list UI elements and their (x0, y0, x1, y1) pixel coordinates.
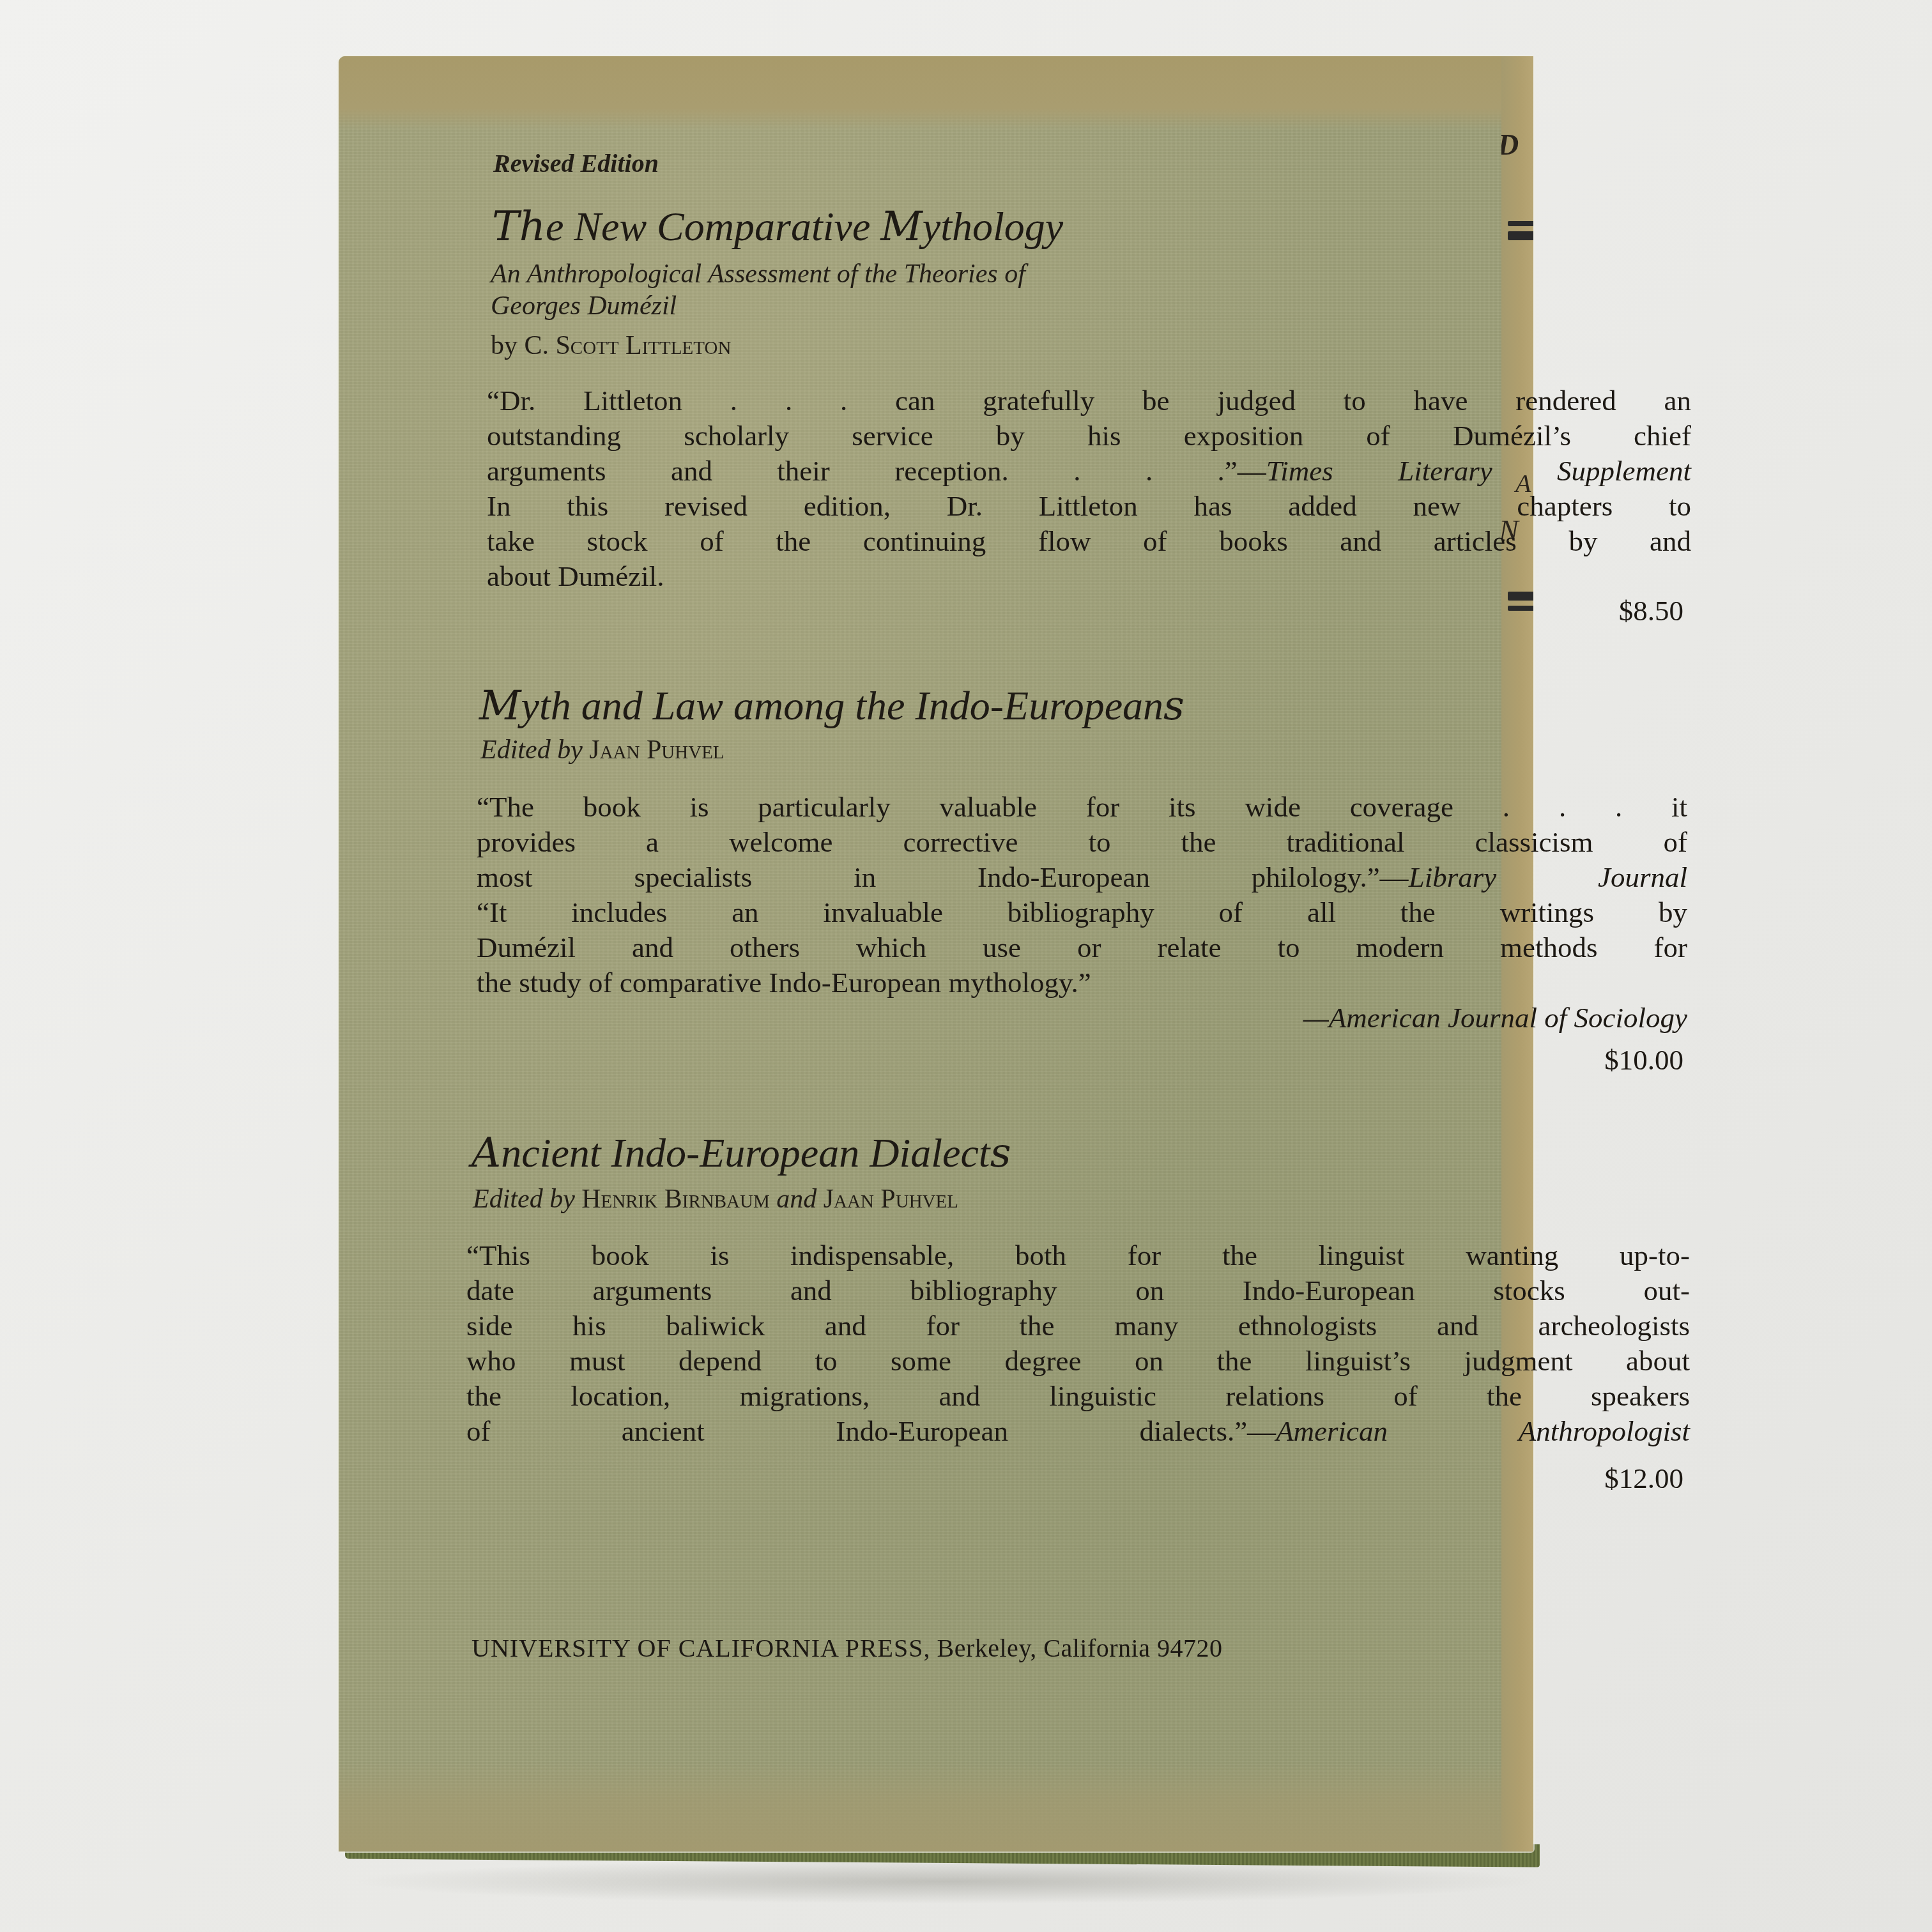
review-line-with-source: most specialists in Indo-European philol… (477, 860, 1687, 895)
review-source: Library Journal (1409, 861, 1687, 893)
book-price-3: $12.00 (1428, 1462, 1683, 1495)
book-title-2: Myth and Law among the Indo-Europeans (479, 686, 1184, 726)
book-price-2: $10.00 (1428, 1043, 1683, 1077)
review-line-with-source: of ancient Indo-European dialects.”—Amer… (466, 1414, 1690, 1449)
book-title-1: The New Comparative Mythology (492, 206, 1063, 247)
review-source: Times Literary Supplement (1266, 455, 1691, 487)
book-title-3: Ancient Indo-European Dialects (471, 1133, 1011, 1174)
edition-label: Revised Edition (493, 151, 659, 176)
review-line-with-source: arguments and their reception. . . .”—Ti… (487, 454, 1691, 489)
book-review-3: “This book is indispensable, both for th… (466, 1238, 1690, 1449)
review-source: —American Journal of Sociology (477, 1000, 1687, 1036)
book-price-1: $8.50 (1428, 594, 1683, 627)
book-subtitle-1b: Georges Dumézil (491, 293, 677, 319)
review-source: American Anthropologist (1276, 1415, 1690, 1447)
jacket-text: Revised Edition The New Comparative Myth… (339, 56, 1533, 1851)
publisher-name: UNIVERSITY OF CALIFORNIA PRESS (471, 1634, 924, 1662)
book-review-2: “The book is particularly valuable for i… (477, 790, 1687, 1036)
book-review-1: “Dr. Littleton . . . can gratefully be j… (487, 383, 1691, 594)
dust-jacket-back-panel: D A N Revised Edition The New Comparativ… (339, 56, 1533, 1851)
publisher-line: UNIVERSITY OF CALIFORNIA PRESS, Berkeley… (471, 1636, 1222, 1661)
publisher-address: , Berkeley, California 94720 (924, 1634, 1223, 1662)
book-editors-3: Edited by Henrik Birnbaum and Jaan Puhve… (473, 1186, 958, 1213)
book-author-1: by C. Scott Littleton (491, 332, 731, 359)
book-subtitle-1: An Anthropological Assessment of the The… (491, 261, 1025, 287)
book-editor-2: Edited by Jaan Puhvel (480, 737, 724, 763)
